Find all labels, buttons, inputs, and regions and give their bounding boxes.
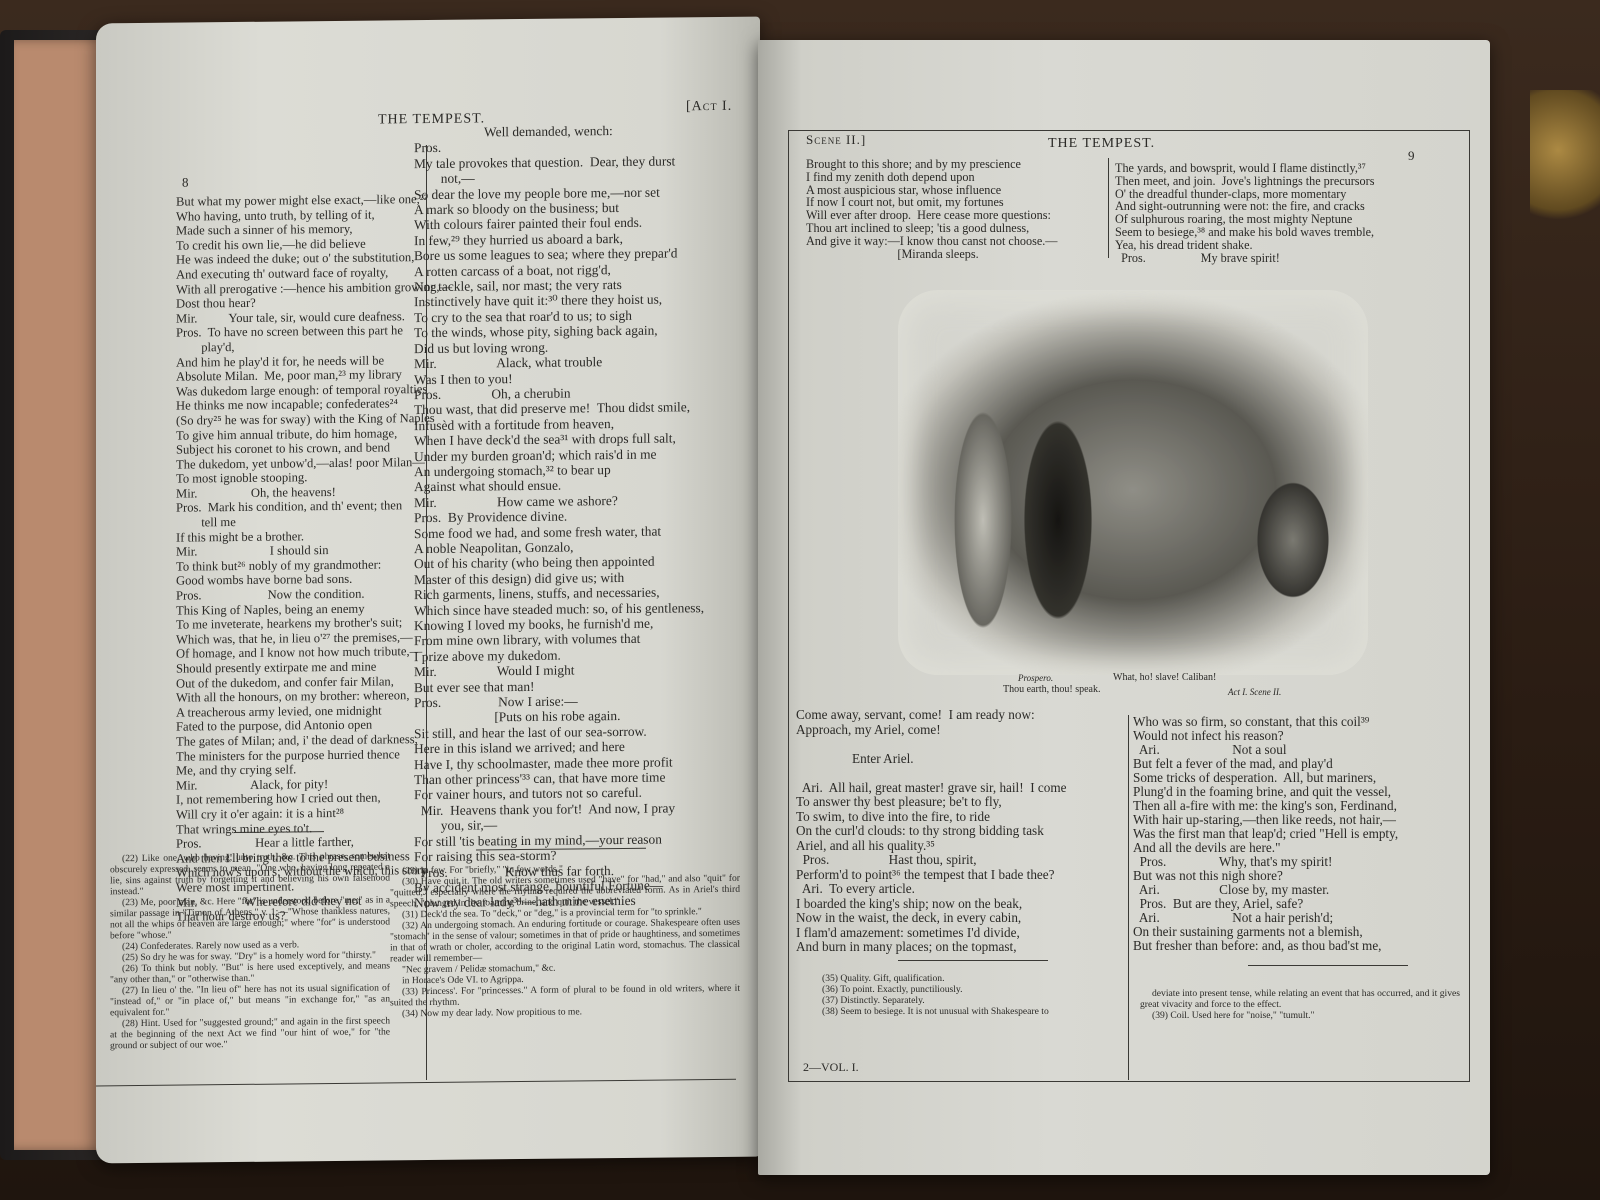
footnotes-column-1: (22) Like one, who having, unto truth, &… [110,850,390,1051]
text-line: Come away, servant, come! I am ready now… [796,708,1126,723]
footnote-rule [898,960,1048,961]
text-line: Ari. To every article. [796,882,1126,897]
text-line: Ari. All hail, great master! grave sir, … [796,781,1126,796]
text-line: Perform'd to point³⁶ the tempest that I … [796,868,1126,883]
footnote: (28) Hint. Used for "suggested ground;" … [110,1015,390,1051]
text-line: I find my zenith doth depend upon [806,171,1116,184]
text-line: Then all a-fire with me: the king's son,… [1133,799,1468,813]
footnote: (37) Distinctly. Separately. [810,995,1125,1006]
bottom-text-column-1: Come away, servant, come! I am ready now… [796,708,1126,955]
text-line: Ari. Not a soul [1133,743,1468,757]
text-line: Approach, my Ariel, come! [796,723,1126,738]
text-line: But was not this nigh shore? [1133,869,1468,883]
top-text-column-1: Brought to this shore; and by my prescie… [806,158,1116,260]
column-divider [1108,158,1109,258]
text-line: Now in the waist, the deck, in every cab… [796,911,1126,926]
text-line: I boarded the king's ship; now on the be… [796,897,1126,912]
footnote: (39) Coil. Used here for "noise," "tumul… [1140,1010,1460,1021]
text-line: Pros. Hast thou, spirit, [796,853,1126,868]
text-line: Some tricks of desperation. All, but mar… [1133,771,1468,785]
brass-ornament [1530,90,1600,240]
text-line: Pros. But are they, Ariel, safe? [1133,897,1468,911]
text-line: But felt a fever of the mad, and play'd [1133,757,1468,771]
footnote: (32) An undergoing stomach. An enduring … [390,917,740,965]
text-column-2: Well demanded, wench:Pros.My tale provok… [414,122,744,911]
text-line: On their sustaining garments not a blemi… [1133,925,1468,939]
signature-mark: 2—VOL. I. [803,1060,859,1075]
footnote: (36) To point. Exactly, punctiliously. [810,984,1125,995]
footnote: (30) Have quit it. The old writers somet… [390,873,740,910]
text-line: [Miranda sleeps. [806,248,1116,261]
section-mark: [Act I. [686,99,732,115]
text-line: The yards, and bowsprit, would I flame d… [1115,162,1455,175]
text-line [796,766,1126,781]
text-line: With hair up-staring,—then like reeds, n… [1133,813,1468,827]
caption-line-1: What, ho! slave! Caliban! [1113,672,1216,683]
text-line: Then meet, and join. Jove's lightnings t… [1115,175,1455,188]
text-line: Ariel, and all his quality.³⁵ [796,839,1126,854]
text-line: Ari. Close by, my master. [1133,883,1468,897]
text-line: Pros. Why, that's my spirit! [1133,855,1468,869]
text-line [796,737,1126,752]
footnote: (38) Seem to besiege. It is not unusual … [810,1006,1125,1017]
footnotes-column-2: (29) In few. For "briefly," "in few word… [390,862,740,1020]
caption-speaker: Prospero. [1018,673,1053,683]
text-line: Ari. Not a hair perish'd; [1133,911,1468,925]
column-divider [1128,715,1129,1080]
text-line: To swim, to dive into the fire, to ride [796,810,1126,825]
text-line: Would not infect his reason? [1133,729,1468,743]
text-line: To answer thy best pleasure; be't to fly… [796,795,1126,810]
text-line: Brought to this shore; and by my prescie… [806,158,1116,171]
footnote: deviate into present tense, while relati… [1140,988,1460,1010]
text-line: Enter Ariel. [796,752,1126,767]
footnote: (22) Like one, who having, unto truth, &… [110,850,390,897]
text-line: Who was so firm, so constant, that this … [1133,715,1468,729]
text-line: Yea, his dread trident shake. [1115,239,1455,252]
text-line: Plung'd in the foaming brine, and quit t… [1133,785,1468,799]
left-page: THE TEMPEST. [Act I. 8 But what my power… [96,17,760,1164]
text-line: Seem to besiege,³⁸ and make his bold wav… [1115,226,1455,239]
text-line: And all the devils are here." [1133,841,1468,855]
text-line: On the curl'd clouds: to thy strong bidd… [796,824,1126,839]
bottom-text-column-2: Who was so firm, so constant, that this … [1133,715,1468,953]
running-head: THE TEMPEST. [1048,136,1155,152]
text-line: Pros. My brave spirit! [1115,252,1455,265]
footnote: (35) Quality. Gift, qualification. [810,973,1125,984]
illustration-vignette [898,290,1368,675]
text-line: Was the first man that leap'd; cried "He… [1133,827,1468,841]
footnotes-column-2: deviate into present tense, while relati… [1140,988,1460,1021]
footnote-rule [1248,965,1408,966]
text-line: Thou art inclined to sleep; 'tis a good … [806,222,1116,235]
engraving-illustration [898,290,1368,675]
right-page: Scene II.] THE TEMPEST. 9 Brought to thi… [758,40,1490,1175]
page-number: 8 [182,175,189,191]
footnote: (26) To think but nobly. "But" is here u… [110,960,390,985]
text-line: I flam'd amazement: sometimes I'd divide… [796,926,1126,941]
text-line: But fresher than before: and, as thou ba… [1133,939,1468,953]
footnote: (27) In lieu o' the. "In lieu of" here h… [110,982,390,1018]
caption-reference: Act I. Scene II. [1228,687,1281,697]
text-line: And burn in many places; on the topmast, [796,940,1126,955]
footnotes-column-1: (35) Quality. Gift, qualification.(36) T… [810,973,1125,1017]
caption-line-2: Thou earth, thou! speak. [1003,684,1100,695]
text-line: And give it way:—I know thou canst not c… [806,235,1116,248]
section-mark: Scene II.] [806,132,866,148]
footnote: (23) Me, poor man, &c. Here "for" is und… [110,894,390,941]
top-text-column-2: The yards, and bowsprit, would I flame d… [1115,162,1455,264]
